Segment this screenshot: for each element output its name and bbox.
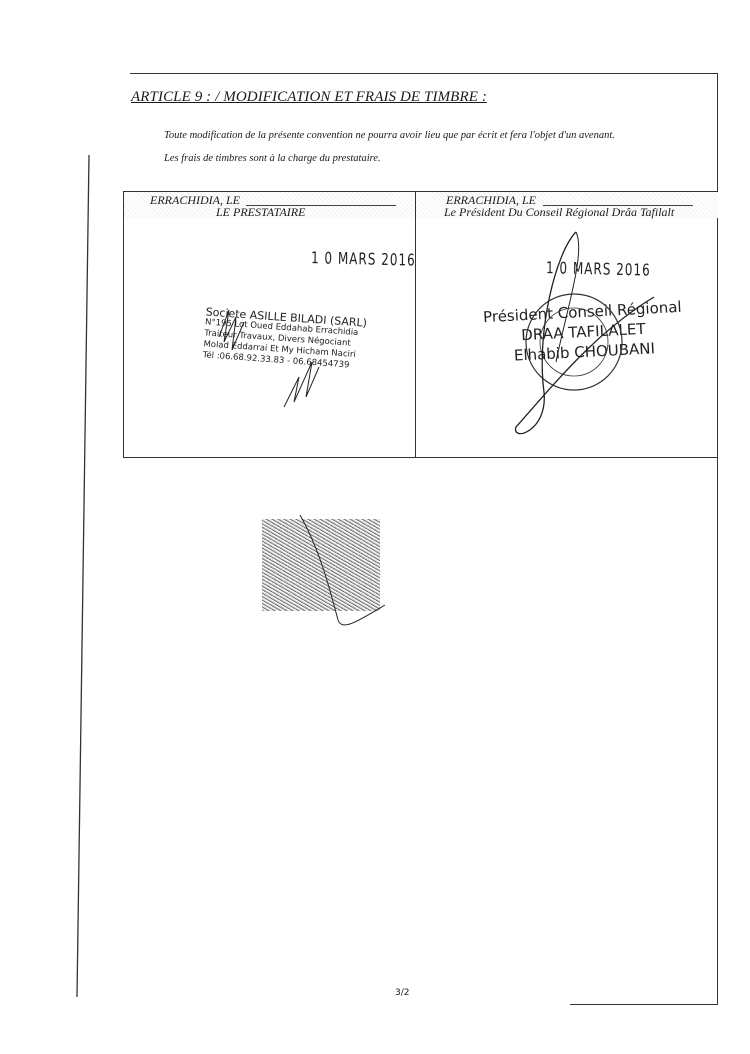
president-stamp: Président Conseil Régional DRAA TAFILALE… — [483, 297, 685, 367]
date-stamp: 1 0 MARS 2016 — [546, 258, 651, 279]
signature-cell-prestataire: ERRACHIDIA, LE LE PRESTATAIRE 1 0 MARS 2… — [124, 192, 416, 457]
signature-table: ERRACHIDIA, LE LE PRESTATAIRE 1 0 MARS 2… — [123, 191, 718, 458]
article-paragraph: Les frais de timbres sont à la charge du… — [164, 153, 381, 164]
page-number: 3/2 — [395, 988, 409, 998]
signature-cell-president: ERRACHIDIA, LE Le Président Du Conseil R… — [416, 192, 718, 457]
signatory-role: LE PRESTATAIRE — [216, 205, 305, 220]
margin-line — [76, 155, 90, 997]
date-stamp: 1 0 MARS 2016 — [311, 248, 416, 269]
company-stamp: Societe ASILLE BILADI (SARL) N°195 Lot O… — [202, 306, 367, 372]
signatory-role: Le Président Du Conseil Régional Drâa Ta… — [444, 205, 674, 220]
article-paragraph: Toute modification de la présente conven… — [164, 130, 615, 141]
page-frame-bottom — [570, 1004, 718, 1005]
fiscal-stamp — [262, 519, 380, 611]
article-title: ARTICLE 9 : / MODIFICATION ET FRAIS DE T… — [131, 89, 487, 106]
page-frame-top — [130, 73, 718, 74]
